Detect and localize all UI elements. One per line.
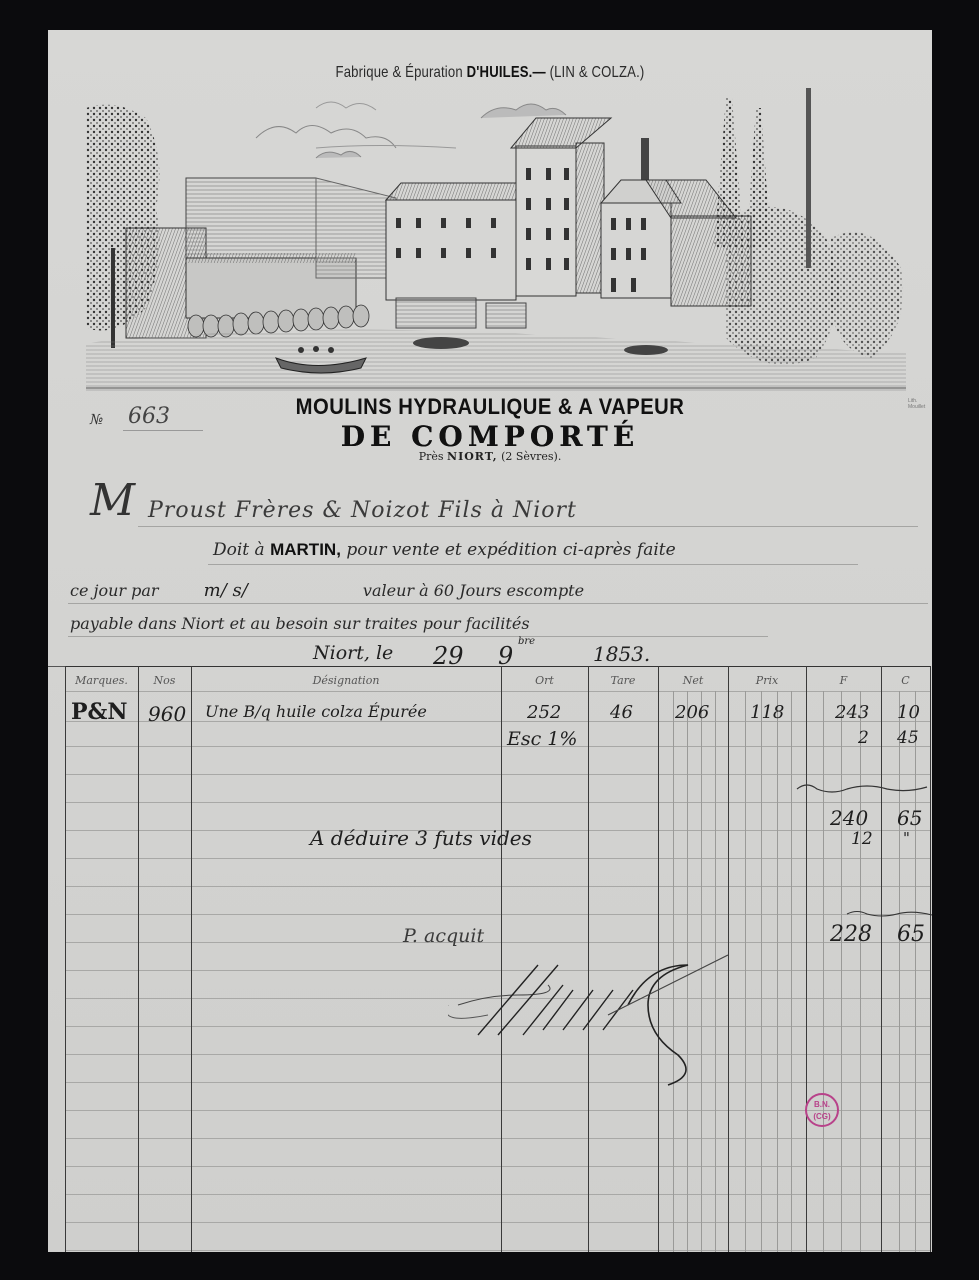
cell-deduction-label: A déduire 3 futs vides [310, 826, 532, 850]
letterhead-subtitle: Fabrique & Épuration D'HUILES.— (LIN & C… [128, 64, 853, 82]
header-net: Net [658, 674, 728, 687]
total-rule-flourish [845, 908, 935, 920]
col-border-left [65, 666, 66, 1252]
stamp-text-top: B.N. [807, 1099, 837, 1111]
date-year: 1853. [593, 642, 650, 666]
invoice-number-value: 663 [128, 404, 170, 429]
cell-total-centimes: 65 [897, 922, 925, 947]
col-border-nos [191, 666, 192, 1252]
body-rule-2 [68, 603, 928, 604]
body-line2: ce jour par m/ s/ valeur à 60 Jours esco… [70, 580, 584, 601]
addressee-salutation: M [90, 475, 135, 526]
cell-subtotal-centimes: 65 [897, 806, 922, 830]
header-centimes: C [881, 674, 930, 687]
date-month-suffix: bre [518, 636, 535, 647]
invoice-number-label: № [90, 412, 103, 428]
body-rule-1 [208, 564, 858, 565]
addressee-names: Proust Frères & Noizot Fils à Niort [148, 498, 577, 523]
cell-discount-centimes: 45 [897, 728, 919, 748]
subtitle-bold: D'HUILES.— [467, 64, 546, 81]
signature-martin [448, 945, 748, 1095]
receipt-acquit: P. acquit [403, 925, 484, 947]
cell-designation: Une B/q huile colza Épurée [205, 702, 427, 721]
body-rule-3 [68, 636, 768, 637]
cell-tare: 46 [610, 702, 633, 723]
seller-name: MARTIN, [270, 540, 341, 559]
cell-prix: 118 [750, 702, 784, 723]
company-title-line2: DE COMPORTÉ [48, 420, 932, 453]
col-border-marques [138, 666, 139, 1252]
header-designation: Désignation [191, 674, 501, 687]
subtotal-rule-flourish [795, 781, 930, 795]
mill-engraving-illustration [86, 88, 906, 393]
header-prix: Prix [728, 674, 806, 687]
engraving-credit: Lith. Mouillet [908, 398, 932, 410]
cell-subtotal-francs: 240 [830, 806, 868, 830]
delivery-prefix: ce jour par [70, 581, 159, 600]
delivery-mode-handwritten: m/ s/ [204, 580, 248, 601]
body-line1: Doit à MARTIN, pour vente et expédition … [213, 540, 676, 560]
library-stamp: B.N. (CG) [805, 1093, 839, 1127]
header-ort: Ort [501, 674, 588, 687]
cell-discount-label: Esc 1% [507, 728, 577, 750]
subtitle-suffix: (LIN & COLZA.) [550, 64, 645, 81]
cell-ort: 252 [527, 702, 561, 723]
cell-nos: 960 [148, 702, 186, 726]
cell-francs: 243 [835, 702, 869, 723]
body-line3: payable dans Niort et au besoin sur trai… [70, 614, 530, 633]
payment-terms: valeur à 60 Jours escompte [363, 581, 584, 600]
header-nos: Nos [138, 674, 191, 687]
cell-net: 206 [675, 702, 709, 723]
header-tare: Tare [588, 674, 658, 687]
location-dept: (2 Sèvres). [501, 450, 561, 463]
table-header-border [65, 691, 931, 692]
cell-marques: P&N [71, 699, 128, 725]
invoice-paper: Fabrique & Épuration D'HUILES.— (LIN & C… [48, 30, 932, 1252]
cell-total-francs: 228 [830, 922, 872, 947]
date-place: Niort, le [313, 642, 393, 664]
cell-deduction-centimes: " [903, 829, 910, 847]
col-border-prix [806, 666, 807, 1252]
addressee-rule [138, 526, 918, 527]
doit-prefix: Doit à [213, 540, 265, 560]
cell-discount-francs: 2 [858, 728, 869, 748]
col-border-francs [881, 666, 882, 1252]
subtitle-prefix: Fabrique & Épuration [336, 64, 463, 81]
location-city: NIORT, [447, 450, 498, 463]
company-location: Près NIORT, (2 Sèvres). [48, 450, 932, 463]
col-border-right [930, 666, 931, 1252]
header-marques: Marques. [65, 674, 138, 687]
cell-centimes: 10 [897, 702, 920, 723]
company-title-line1: MOULINS HYDRAULIQUE & A VAPEUR [83, 394, 896, 420]
body-line1-rest: pour vente et expédition ci-après faite [346, 540, 675, 560]
cell-deduction-francs: 12 [851, 829, 873, 849]
table-top-border [65, 666, 931, 667]
header-francs: F [806, 674, 881, 687]
stamp-text-bottom: (CG) [807, 1111, 837, 1123]
location-prefix: Près [419, 450, 444, 463]
invoice-number-rule [123, 430, 203, 431]
